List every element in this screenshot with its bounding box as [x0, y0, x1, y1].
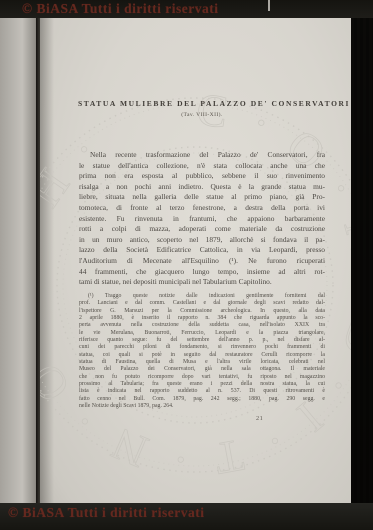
footnote-line: statua di Faustina, quella di Musa e l'a…: [79, 359, 325, 366]
body-line: risalga a non pochi anni indietro. Quest…: [79, 182, 325, 193]
body-line: liebre, situata nella galleria delle sta…: [79, 192, 325, 203]
page-subtitle: (Tav. VIII-XII).: [78, 112, 326, 118]
footnote-line: l'ispettore G. Marsuzi per la Commission…: [79, 308, 325, 315]
scanned-book-photo: C · O · N · D · I · T · N · O · C · H · …: [0, 0, 373, 530]
body-line: rotti a colpi di mazza, adoperati come m…: [79, 224, 325, 235]
body-line: tami di statue, nei depositi municipali …: [79, 277, 325, 288]
footnote-line: perta avvenuta nella costruzione della s…: [79, 322, 325, 329]
scan-artifact-line: [268, 0, 270, 11]
adjacent-page-edge: [0, 18, 37, 505]
body-line: lazzo della Società Edificatrice Cattoli…: [79, 245, 325, 256]
footnote-line: fatto cenno nel Bull. Com. 1879, pag. 24…: [79, 396, 325, 403]
footnote-line: statua, coi quali si potè in seguito dal…: [79, 352, 325, 359]
body-paragraph: Nella recente trasformazione del Palazzo…: [79, 150, 325, 288]
biasa-watermark-top: © BiASA Tutti i diritti riservati: [22, 1, 218, 17]
footnote-line: cuni dei parecchi piloni di fondamento, …: [79, 344, 325, 351]
footnote-line: prof. Lanciani e dal comm. Castellani e …: [79, 300, 325, 307]
footnote-line: le vie Merulana, Buonarroti, Ferruccio, …: [79, 330, 325, 337]
scan-edge-right: [351, 14, 373, 508]
body-line: l'Auditorium di Mecenate all'Esquilino (…: [79, 256, 325, 267]
footnote: (¹) Traggo queste notizie dalle indicazi…: [79, 293, 325, 411]
footnote-line: prossimo al Tabularia; fra queste erano …: [79, 381, 325, 388]
body-line: in un muro antico, scoperto nel 1879, al…: [79, 235, 325, 246]
body-line: 44 frammenti, che giacquero lungo tempo,…: [79, 267, 325, 278]
footnote-line: nelle Notizie degli Scavi 1879, pag. 264…: [79, 403, 325, 410]
footnote-line: 2 aprile 1880, è inserito il rapporto n.…: [79, 315, 325, 322]
body-line: tomoteca, di fronte al terzo fenestrone,…: [79, 203, 325, 214]
page-number: 21: [256, 415, 263, 422]
body-line: esistente. Fu rinvenuta in frantumi, che…: [79, 214, 325, 225]
footnote-line: lista è indicata nel rapporto suddetto a…: [79, 388, 325, 395]
body-line: le statue dell'antica collezione, n'è st…: [79, 161, 325, 172]
page-title: STATUA MULIEBRE DEL PALAZZO DE' CONSERVA…: [78, 99, 326, 108]
body-line: prima non era esposta al pubblico, sebbe…: [79, 171, 325, 182]
footnote-line: Museo del Palazzo dei Conservatori, già …: [79, 366, 325, 373]
body-line: Nella recente trasformazione del Palazzo…: [79, 150, 325, 161]
biasa-watermark-bottom: © BiASA Tutti i diritti riservati: [8, 505, 204, 521]
